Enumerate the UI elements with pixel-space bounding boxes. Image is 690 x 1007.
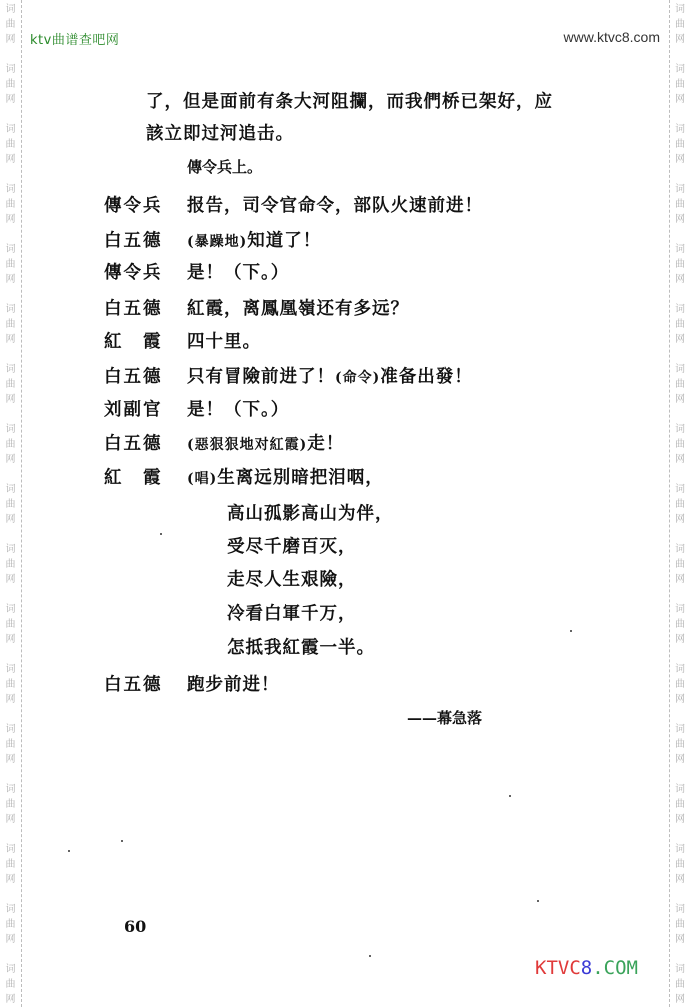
watermark-char: 曲 [6, 497, 16, 512]
dialogue-text: 只有冒險前进了！(命令)准备出發！ [187, 365, 473, 390]
scan-speck [121, 840, 123, 842]
watermark-char: 曲 [6, 317, 16, 332]
brand-logo-part: KTVC [535, 957, 581, 979]
watermark-char: 网 [675, 872, 685, 887]
watermark-char: 词 [675, 302, 685, 317]
watermark-char: 网 [675, 32, 685, 47]
watermark-char: 曲 [6, 17, 16, 32]
watermark-char: 曲 [675, 137, 685, 152]
scan-speck [537, 900, 539, 902]
watermark-char: 网 [6, 332, 16, 347]
scan-speck [68, 850, 70, 852]
watermark-char: 词 [6, 2, 16, 17]
watermark-char: 曲 [6, 677, 16, 692]
speaker-label: 白五德 [104, 432, 163, 456]
watermark-char: 网 [675, 152, 685, 167]
watermark-char: 词 [6, 62, 16, 77]
speaker-label: 白五德 [104, 229, 163, 253]
dialogue-text: (惡狠狠地对紅霞)走！ [187, 432, 344, 457]
dialogue-text: (唱)生离远別暗把泪咽， [187, 466, 384, 491]
speaker-label: 刘副官 [104, 398, 163, 422]
watermark-char: 词 [6, 542, 16, 557]
watermark-char: 词 [675, 122, 685, 137]
watermark-char: 词 [6, 302, 16, 317]
watermark-char: 网 [6, 212, 16, 227]
watermark-char: 曲 [6, 557, 16, 572]
watermark-block: 词曲网 [0, 182, 21, 227]
watermark-block: 词曲网 [0, 62, 21, 107]
watermark-char: 词 [675, 602, 685, 617]
watermark-block: 词曲网 [670, 2, 690, 47]
watermark-char: 词 [6, 962, 16, 977]
watermark-block: 词曲网 [0, 842, 21, 887]
watermark-block: 词曲网 [0, 2, 21, 47]
watermark-block: 词曲网 [670, 182, 690, 227]
verse-line: 高山孤影高山为伴， [227, 502, 394, 526]
watermark-char: 网 [675, 512, 685, 527]
watermark-char: 词 [675, 62, 685, 77]
watermark-char: 曲 [675, 617, 685, 632]
watermark-char: 网 [6, 992, 16, 1007]
dialogue-text-span: 只有冒險前进了！ [187, 367, 335, 387]
watermark-char: 网 [675, 692, 685, 707]
watermark-char: 网 [675, 92, 685, 107]
watermark-char: 网 [675, 572, 685, 587]
watermark-char: 词 [6, 902, 16, 917]
watermark-char: 曲 [675, 557, 685, 572]
watermark-block: 词曲网 [670, 302, 690, 347]
watermark-char: 曲 [6, 77, 16, 92]
watermark-char: 词 [675, 902, 685, 917]
watermark-char: 曲 [6, 857, 16, 872]
watermark-char: 曲 [675, 857, 685, 872]
watermark-block: 词曲网 [0, 962, 21, 1007]
watermark-block: 词曲网 [670, 962, 690, 1007]
watermark-block: 词曲网 [670, 362, 690, 407]
watermark-char: 曲 [6, 617, 16, 632]
stage-direction: (命令) [335, 370, 380, 386]
watermark-char: 曲 [675, 17, 685, 32]
dialogue-text-span: 走！ [307, 434, 344, 454]
watermark-char: 网 [6, 92, 16, 107]
watermark-char: 网 [6, 812, 16, 827]
watermark-char: 网 [675, 812, 685, 827]
scan-speck [369, 955, 371, 957]
verse-line: 走尽人生艰險， [227, 568, 357, 592]
watermark-block: 词曲网 [0, 902, 21, 947]
speaker-label: 白五德 [104, 673, 163, 697]
watermark-block: 词曲网 [670, 602, 690, 647]
speaker-label: 傳令兵 [104, 194, 163, 218]
watermark-char: 词 [6, 602, 16, 617]
watermark-char: 网 [675, 452, 685, 467]
watermark-block: 词曲网 [0, 722, 21, 767]
watermark-char: 曲 [675, 797, 685, 812]
watermark-char: 词 [6, 182, 16, 197]
verse-line: 受尽千磨百灭， [227, 535, 357, 559]
watermark-block: 词曲网 [0, 122, 21, 167]
verse-line: 怎抵我紅霞一半。 [227, 636, 375, 660]
stage-direction: (唱) [187, 471, 217, 487]
speaker-label: 白五德 [104, 365, 163, 389]
right-watermark-rail: 词曲网词曲网词曲网词曲网词曲网词曲网词曲网词曲网词曲网词曲网词曲网词曲网词曲网词… [669, 0, 690, 1007]
watermark-block: 词曲网 [0, 242, 21, 287]
watermark-char: 网 [6, 392, 16, 407]
watermark-char: 曲 [675, 317, 685, 332]
watermark-char: 词 [6, 782, 16, 797]
watermark-char: 词 [675, 242, 685, 257]
watermark-char: 曲 [6, 197, 16, 212]
continuation-line-1: 了，但是面前有条大河阻攔，而我們桥已架好，应 [146, 90, 553, 114]
watermark-block: 词曲网 [0, 302, 21, 347]
watermark-char: 词 [675, 422, 685, 437]
brand-logo[interactable]: KTVC8.COM [535, 957, 638, 979]
dialogue-text-span: 准备出發！ [380, 367, 473, 387]
watermark-char: 曲 [675, 917, 685, 932]
watermark-block: 词曲网 [0, 482, 21, 527]
watermark-char: 曲 [6, 737, 16, 752]
watermark-char: 词 [675, 662, 685, 677]
brand-logo-part: .COM [592, 957, 638, 979]
watermark-block: 词曲网 [670, 842, 690, 887]
stage-direction: (暴躁地) [187, 234, 247, 250]
speaker-label: 紅 霞 [104, 330, 163, 354]
watermark-char: 网 [675, 272, 685, 287]
watermark-char: 曲 [6, 437, 16, 452]
dialogue-text: 跑步前进！ [187, 673, 280, 697]
watermark-char: 曲 [675, 737, 685, 752]
verse-line: 冷看白軍千万， [227, 602, 357, 626]
watermark-char: 词 [675, 722, 685, 737]
site-name[interactable]: ktv曲谱查吧网 [30, 29, 119, 48]
dialogue-text: 紅霞，离鳳凰嶺还有多远？ [187, 297, 409, 321]
watermark-char: 词 [6, 662, 16, 677]
watermark-char: 词 [675, 542, 685, 557]
watermark-char: 网 [675, 212, 685, 227]
stage-direction: (惡狠狠地对紅霞) [187, 437, 307, 453]
watermark-block: 词曲网 [0, 602, 21, 647]
watermark-char: 网 [675, 332, 685, 347]
left-watermark-rail: 词曲网词曲网词曲网词曲网词曲网词曲网词曲网词曲网词曲网词曲网词曲网词曲网词曲网词… [0, 0, 22, 1007]
dialogue-text-span: 知道了！ [247, 231, 321, 251]
scan-speck [570, 630, 572, 632]
watermark-block: 词曲网 [670, 122, 690, 167]
watermark-block: 词曲网 [670, 782, 690, 827]
watermark-char: 曲 [6, 977, 16, 992]
watermark-block: 词曲网 [670, 722, 690, 767]
watermark-block: 词曲网 [670, 902, 690, 947]
watermark-block: 词曲网 [670, 482, 690, 527]
watermark-char: 曲 [675, 197, 685, 212]
watermark-char: 词 [6, 122, 16, 137]
watermark-char: 网 [6, 32, 16, 47]
watermark-char: 网 [6, 572, 16, 587]
watermark-char: 曲 [675, 77, 685, 92]
watermark-char: 词 [6, 482, 16, 497]
speaker-label: 紅 霞 [104, 466, 163, 490]
watermark-block: 词曲网 [670, 662, 690, 707]
dialogue-text: 四十里。 [187, 330, 261, 354]
watermark-char: 网 [6, 692, 16, 707]
watermark-char: 网 [675, 392, 685, 407]
watermark-char: 曲 [6, 137, 16, 152]
dialogue-text-span: 生离远別暗把泪咽， [217, 468, 384, 488]
watermark-char: 词 [675, 962, 685, 977]
dialogue-text: 是！（下。） [187, 398, 289, 422]
watermark-char: 词 [6, 722, 16, 737]
watermark-char: 曲 [675, 437, 685, 452]
page-number: 60 [124, 917, 146, 936]
watermark-block: 词曲网 [0, 662, 21, 707]
watermark-char: 网 [6, 152, 16, 167]
scan-speck [160, 533, 162, 535]
watermark-char: 词 [675, 362, 685, 377]
watermark-char: 词 [6, 842, 16, 857]
speaker-label: 白五德 [104, 297, 163, 321]
watermark-char: 曲 [6, 797, 16, 812]
watermark-char: 网 [6, 632, 16, 647]
watermark-block: 词曲网 [670, 242, 690, 287]
watermark-char: 网 [675, 992, 685, 1007]
watermark-block: 词曲网 [0, 542, 21, 587]
watermark-char: 网 [6, 932, 16, 947]
watermark-char: 网 [6, 272, 16, 287]
dialogue-text: 报告，司令官命令，部队火速前进！ [187, 194, 483, 218]
continuation-line-2: 該立即过河追击。 [146, 122, 294, 146]
watermark-char: 词 [675, 182, 685, 197]
watermark-char: 曲 [675, 977, 685, 992]
watermark-char: 曲 [675, 377, 685, 392]
watermark-char: 词 [675, 2, 685, 17]
watermark-char: 词 [675, 482, 685, 497]
watermark-char: 曲 [675, 497, 685, 512]
watermark-char: 词 [6, 422, 16, 437]
watermark-block: 词曲网 [0, 782, 21, 827]
watermark-block: 词曲网 [670, 422, 690, 467]
stage-direction-entrance: 傳令兵上。 [187, 155, 262, 179]
dialogue-text: (暴躁地)知道了！ [187, 229, 321, 254]
watermark-char: 曲 [6, 917, 16, 932]
watermark-char: 网 [6, 872, 16, 887]
watermark-char: 网 [675, 932, 685, 947]
watermark-block: 词曲网 [670, 542, 690, 587]
watermark-char: 词 [6, 362, 16, 377]
dialogue-text: 是！（下。） [187, 261, 289, 285]
watermark-char: 曲 [675, 257, 685, 272]
site-url[interactable]: www.ktvc8.com [564, 29, 660, 45]
watermark-char: 词 [675, 842, 685, 857]
scan-speck [509, 795, 511, 797]
watermark-char: 网 [6, 452, 16, 467]
watermark-char: 曲 [6, 377, 16, 392]
watermark-char: 网 [675, 752, 685, 767]
watermark-block: 词曲网 [0, 362, 21, 407]
watermark-char: 词 [6, 242, 16, 257]
watermark-char: 网 [6, 512, 16, 527]
watermark-block: 词曲网 [0, 422, 21, 467]
curtain-direction: ——幕急落 [407, 706, 482, 730]
watermark-char: 曲 [675, 677, 685, 692]
watermark-char: 曲 [6, 257, 16, 272]
brand-logo-part: 8 [581, 957, 592, 979]
watermark-char: 网 [6, 752, 16, 767]
speaker-label: 傳令兵 [104, 261, 163, 285]
watermark-block: 词曲网 [670, 62, 690, 107]
watermark-char: 网 [675, 632, 685, 647]
watermark-char: 词 [675, 782, 685, 797]
